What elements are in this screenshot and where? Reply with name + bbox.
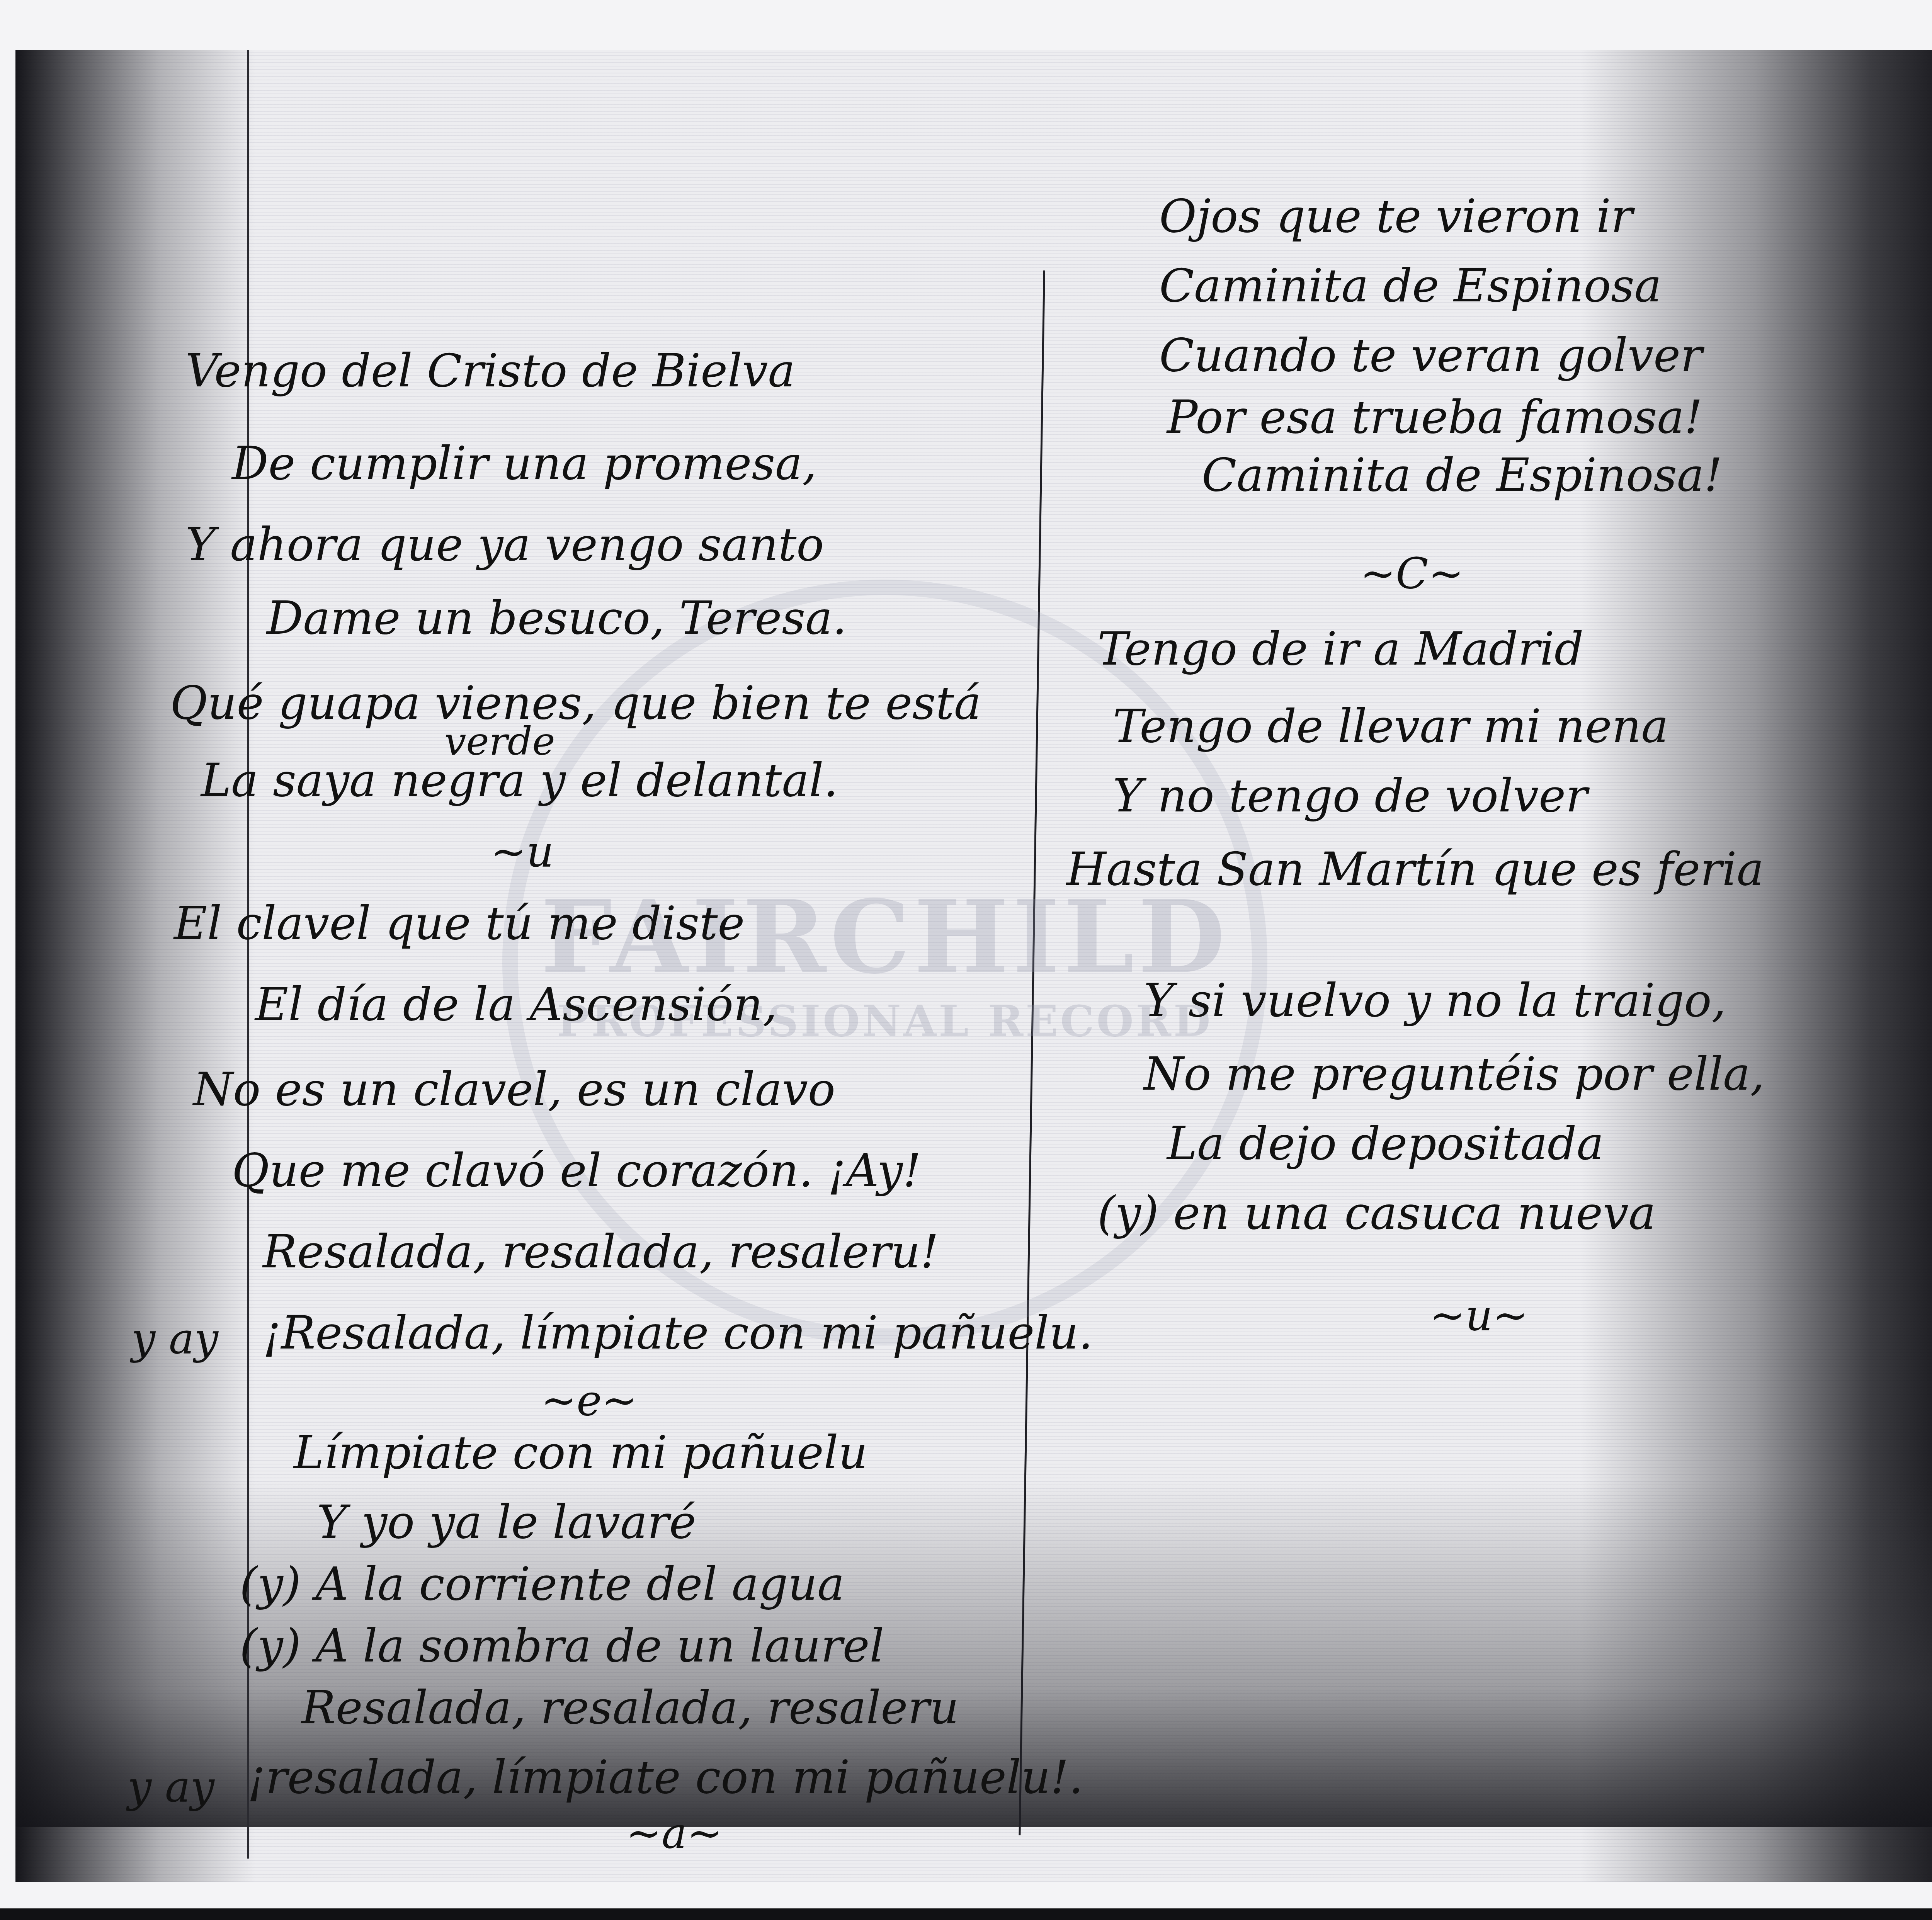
lyric-line: No me preguntéis por ella, (1144, 1051, 1765, 1097)
lyric-line: (y) A la corriente del agua (240, 1561, 845, 1607)
stanza-divider-flourish: ~a~ (626, 1808, 723, 1858)
lyric-line: Ojos que te vieron ir (1159, 193, 1633, 239)
scanner-bottom-bar (0, 1908, 1932, 1920)
margin-note: y ay (128, 1762, 214, 1811)
lyric-line: Cuando te veran golver (1159, 332, 1702, 378)
lyric-line: Límpiate con mi pañuelu (294, 1430, 868, 1475)
inserted-correction: verde (444, 719, 555, 764)
lyric-line: (y) en una casuca nueva (1097, 1190, 1656, 1236)
lyric-line: ¡Resalada, límpiate con mi pañuelu. (263, 1310, 1093, 1355)
lyric-line: Que me clavó el corazón. ¡Ay! (232, 1148, 921, 1193)
stanza-divider-flourish: ~u~ (1430, 1291, 1528, 1340)
lyric-line: Resalada, resalada, resaleru! (263, 1229, 939, 1274)
lyric-line: ¡resalada, límpiate con mi pañuelu!. (247, 1754, 1083, 1800)
stanza-divider-flourish: ~u (491, 827, 554, 876)
lyric-line: Caminita de Espinosa! (1202, 452, 1723, 498)
stanza-divider-flourish: ~e~ (541, 1376, 637, 1425)
lyric-line: La dejo depositada (1167, 1121, 1604, 1166)
lyric-line: Vengo del Cristo de Bielva (185, 348, 795, 393)
lyric-line: La saya negra y el delantal. (201, 757, 838, 803)
lyric-line: Tengo de ir a Madrid (1097, 626, 1583, 672)
lyric-line: Y yo ya le lavaré (317, 1499, 696, 1545)
lyric-line: No es un clavel, es un clavo (193, 1066, 835, 1112)
lyric-line: Y si vuelvo y no la traigo, (1144, 978, 1726, 1023)
lyric-line: De cumplir una promesa, (232, 440, 817, 486)
lyric-line: Dame un besuco, Teresa. (267, 595, 847, 641)
lyric-line: Caminita de Espinosa (1159, 263, 1662, 308)
lyric-line: Por esa trueba famosa! (1167, 394, 1702, 440)
lyric-line: Y ahora que ya vengo santo (185, 522, 824, 567)
lyric-line: Tengo de llevar mi nena (1113, 703, 1668, 749)
lyric-line: Y no tengo de volver (1113, 773, 1588, 818)
lyric-line: (y) A la sombra de un laurel (240, 1623, 884, 1668)
lyric-line: Hasta San Martín que es feria (1066, 846, 1764, 892)
lyric-line: Qué guapa vienes, que bien te está (170, 680, 981, 726)
lyric-line: El clavel que tú me diste (174, 900, 745, 946)
margin-note: y ay (131, 1314, 218, 1363)
lyric-line: Resalada, resalada, resaleru (301, 1685, 959, 1730)
lyric-line: El día de la Ascensión, (255, 981, 777, 1027)
stanza-divider-flourish: ~C~ (1360, 549, 1464, 598)
